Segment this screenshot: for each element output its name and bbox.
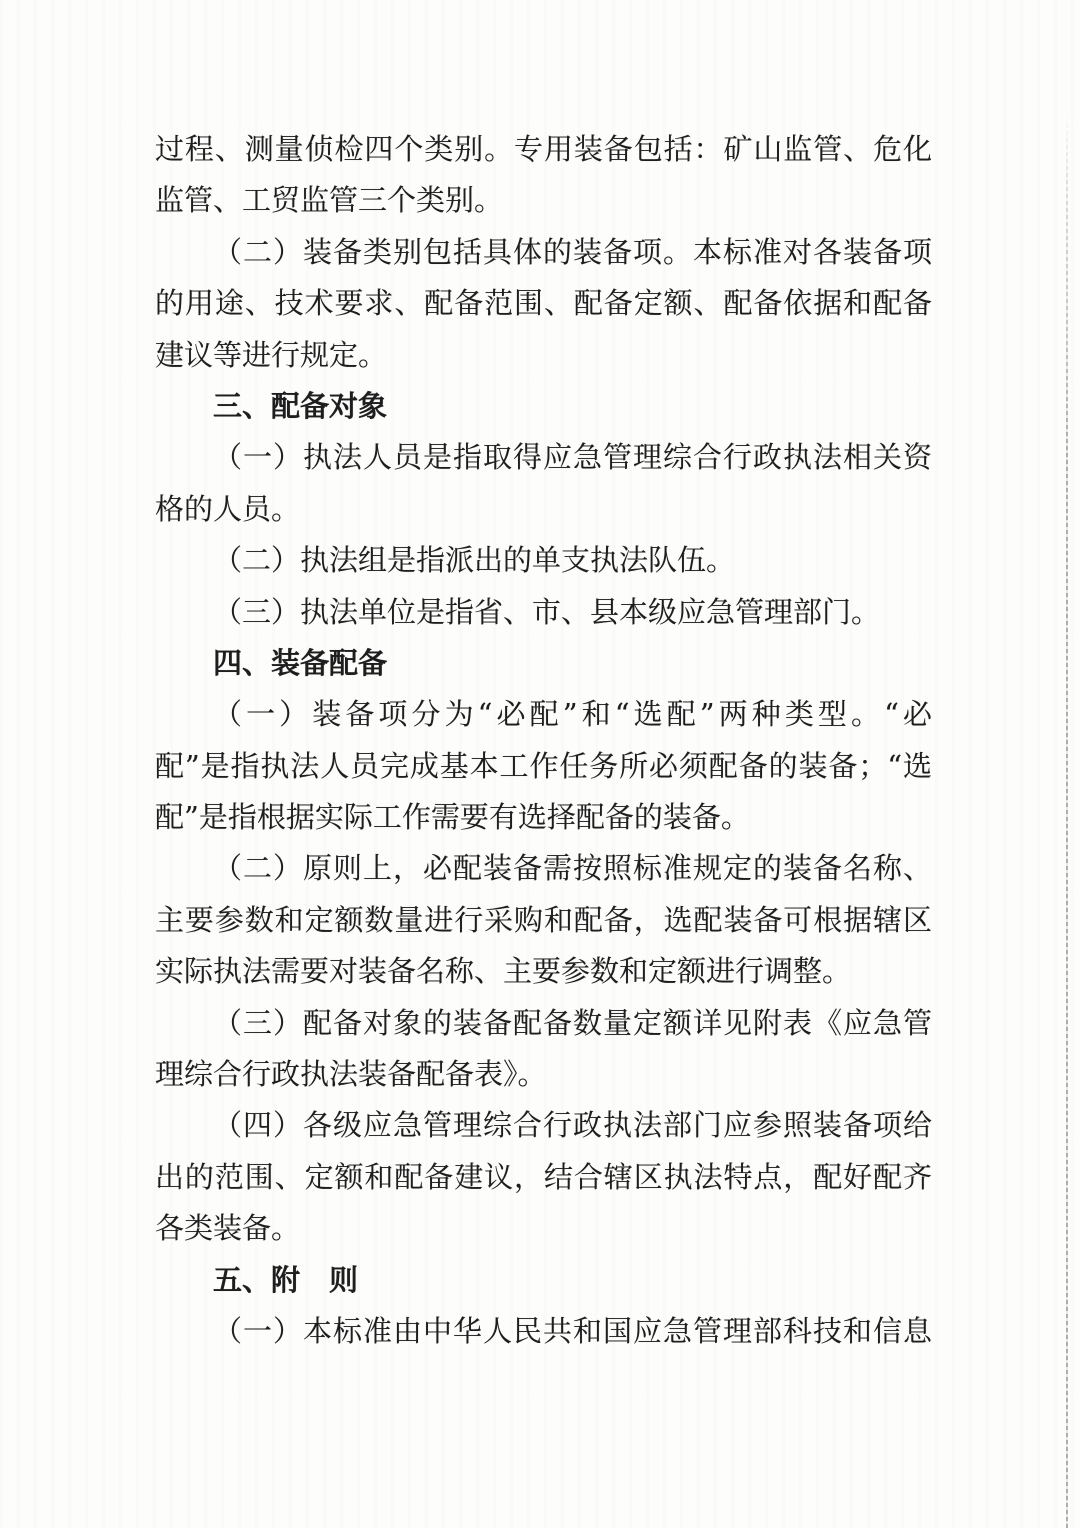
section-heading: 四、装备配备 bbox=[155, 638, 932, 689]
document-line: （一）执法人员是指取得应急管理综合行政执法相关资 bbox=[155, 432, 932, 483]
document-line: 出的范围、定额和配备建议，结合辖区执法特点，配好配齐 bbox=[155, 1152, 932, 1203]
document-line: （二）执法组是指派出的单支执法队伍。 bbox=[155, 535, 932, 586]
document-line: （四）各级应急管理综合行政执法部门应参照装备项给 bbox=[155, 1100, 932, 1151]
section-heading: 三、配备对象 bbox=[155, 381, 932, 432]
document-line: （一）本标准由中华人民共和国应急管理部科技和信息 bbox=[155, 1306, 932, 1357]
document-line: 过程、测量侦检四个类别。专用装备包括：矿山监管、危化 bbox=[155, 124, 932, 175]
document-line: 配”是指执法人员完成基本工作任务所必须配备的装备；“选 bbox=[155, 741, 932, 792]
document-line: （三）配备对象的装备配备数量定额详见附表《应急管 bbox=[155, 998, 932, 1049]
document-line: 监管、工贸监管三个类别。 bbox=[155, 175, 932, 226]
section-heading: 五、附 则 bbox=[155, 1255, 932, 1306]
document-line: （二）装备类别包括具体的装备项。本标准对各装备项 bbox=[155, 227, 932, 278]
document-line: 各类装备。 bbox=[155, 1203, 932, 1254]
document-line: 的用途、技术要求、配备范围、配备定额、配备依据和配备 bbox=[155, 278, 932, 329]
document-line: 建议等进行规定。 bbox=[155, 330, 932, 381]
document-line: 配”是指根据实际工作需要有选择配备的装备。 bbox=[155, 792, 932, 843]
scan-artifact-line bbox=[1066, 110, 1068, 1528]
document-page: 过程、测量侦检四个类别。专用装备包括：矿山监管、危化监管、工贸监管三个类别。（二… bbox=[0, 0, 1080, 1357]
document-line: （二）原则上，必配装备需按照标准规定的装备名称、 bbox=[155, 843, 932, 894]
document-line: 实际执法需要对装备名称、主要参数和定额进行调整。 bbox=[155, 946, 932, 997]
document-line: 格的人员。 bbox=[155, 484, 932, 535]
document-line: （三）执法单位是指省、市、县本级应急管理部门。 bbox=[155, 587, 932, 638]
document-line: 理综合行政执法装备配备表》。 bbox=[155, 1049, 932, 1100]
document-line: 主要参数和定额数量进行采购和配备，选配装备可根据辖区 bbox=[155, 895, 932, 946]
document-line: （一）装备项分为“必配”和“选配”两种类型。“必 bbox=[155, 689, 932, 740]
